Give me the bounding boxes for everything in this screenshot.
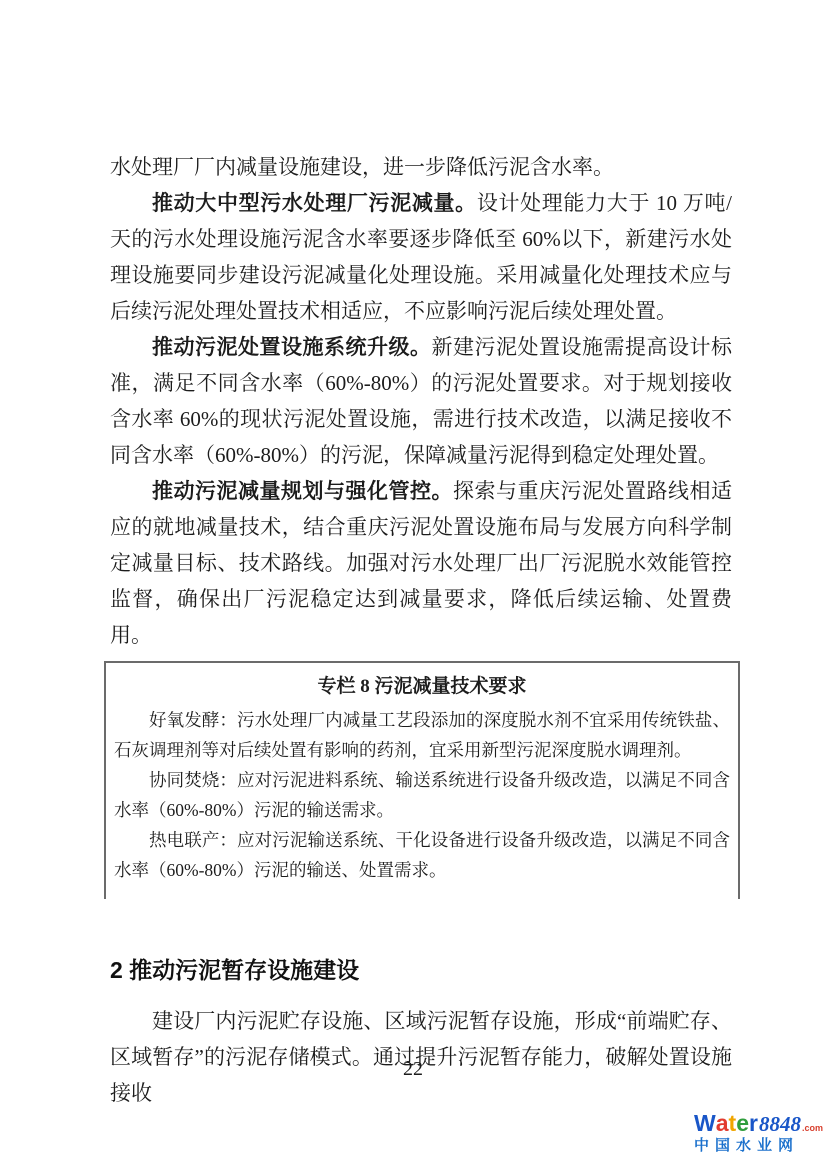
document-page: 水处理厂厂内减量设施建设，进一步降低污泥含水率。 推动大中型污水处理厂污泥减量。… bbox=[0, 0, 826, 1169]
paragraph-lead: 推动污泥减量规划与强化管控。 bbox=[152, 479, 453, 503]
logo-tld: .com bbox=[802, 1124, 823, 1133]
page-number: 22 bbox=[0, 1058, 826, 1081]
logo-letter: r bbox=[749, 1112, 758, 1135]
page-body: 水处理厂厂内减量设施建设，进一步降低污泥含水率。 推动大中型污水处理厂污泥减量。… bbox=[110, 149, 732, 1111]
paragraph-lead: 推动污泥处置设施系统升级。 bbox=[152, 335, 432, 359]
paragraph: 推动污泥减量规划与强化管控。探索与重庆污泥处置路线相适应的就地减量技术，结合重庆… bbox=[110, 473, 732, 653]
logo-letter: W bbox=[694, 1112, 716, 1135]
paragraph-closing: 建设厂内污泥贮存设施、区域污泥暂存设施，形成“前端贮存、区域暂存”的污泥存储模式… bbox=[110, 1003, 732, 1111]
callout-item-lead: 协同焚烧： bbox=[149, 770, 237, 790]
paragraph-text: 探索与重庆污泥处置路线相适应的就地减量技术，结合重庆污泥处置设施布局与发展方向科… bbox=[110, 479, 732, 647]
logo-letter: t bbox=[729, 1112, 737, 1135]
paragraph: 推动大中型污水处理厂污泥减量。设计处理能力大于 10 万吨/天的污水处理设施污泥… bbox=[110, 185, 732, 329]
callout-item-lead: 热电联产： bbox=[149, 830, 237, 850]
logo-wordmark: Water8848.com bbox=[694, 1112, 820, 1135]
callout-item: 好氧发酵：污水处理厂内减量工艺段添加的深度脱水剂不宜采用传统铁盐、石灰调理剂等对… bbox=[114, 705, 730, 765]
callout-item-lead: 好氧发酵： bbox=[149, 710, 237, 730]
paragraph-continuation: 水处理厂厂内减量设施建设，进一步降低污泥含水率。 bbox=[110, 149, 732, 185]
water8848-watermark-logo: Water8848.com 中国水业网 bbox=[694, 1112, 820, 1153]
callout-box-title: 专栏 8 污泥减量技术要求 bbox=[114, 669, 730, 705]
section-heading: 2 推动污泥暂存设施建设 bbox=[110, 953, 732, 987]
logo-letter: a bbox=[716, 1112, 729, 1135]
paragraph: 推动污泥处置设施系统升级。新建污泥处置设施需提高设计标准，满足不同含水率（60%… bbox=[110, 329, 732, 473]
paragraph-lead: 推动大中型污水处理厂污泥减量。 bbox=[152, 191, 477, 215]
callout-item: 热电联产：应对污泥输送系统、干化设备进行设备升级改造，以满足不同含水率（60%-… bbox=[114, 825, 730, 885]
logo-letter: e bbox=[736, 1112, 749, 1135]
logo-site-name: 中国水业网 bbox=[694, 1138, 820, 1153]
callout-box: 专栏 8 污泥减量技术要求 好氧发酵：污水处理厂内减量工艺段添加的深度脱水剂不宜… bbox=[104, 661, 740, 899]
logo-number: 8848 bbox=[759, 1114, 801, 1135]
callout-item: 协同焚烧：应对污泥进料系统、输送系统进行设备升级改造，以满足不同含水率（60%-… bbox=[114, 765, 730, 825]
